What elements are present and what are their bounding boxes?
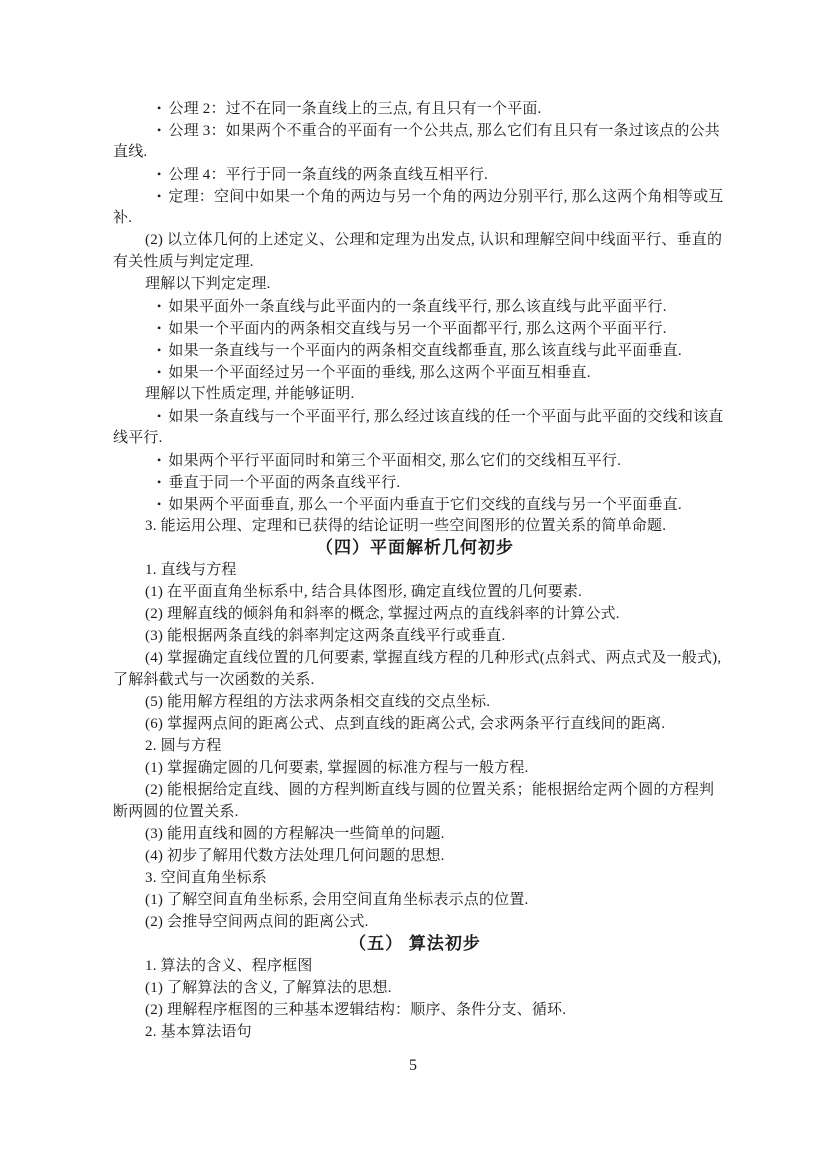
paragraph-line: (1) 在平面直角坐标系中, 结合具体图形, 确定直线位置的几何要素.	[113, 581, 717, 603]
bullet-text: 公理 4：平行于同一条直线的两条直线互相平行.	[168, 167, 488, 183]
paragraph-line: (2) 能根据给定直线、圆的方程判断直线与圆的位置关系；能根据给定两个圆的方程判	[113, 779, 717, 801]
paragraph-line: (1) 了解空间直角坐标系, 会用空间直角坐标表示点的位置.	[113, 889, 717, 911]
bullet-icon: •	[157, 295, 161, 317]
continuation-line: 线平行.	[113, 427, 717, 449]
bullet-icon: •	[157, 97, 161, 119]
continuation-line: 了解斜截式与一次函数的关系.	[113, 669, 717, 691]
bullet-icon: •	[157, 471, 161, 493]
bullet-icon: •	[157, 339, 161, 361]
paragraph-line: (4) 掌握确定直线位置的几何要素, 掌握直线方程的几种形式(点斜式、两点式及一…	[113, 647, 717, 669]
paragraph-line: (2) 会推导空间两点间的距离公式.	[113, 911, 717, 933]
bullet-text: 如果一个平面经过另一个平面的垂线, 那么这两个平面互相垂直.	[168, 365, 590, 381]
section-heading: （五） 算法初步	[113, 933, 717, 955]
continuation-line: 补.	[113, 207, 717, 229]
paragraph-line: (2) 理解程序框图的三种基本逻辑结构：顺序、条件分支、循环.	[113, 999, 717, 1021]
bullet-icon: •	[157, 405, 161, 427]
bullet-text: 如果一条直线与一个平面内的两条相交直线都垂直, 那么该直线与此平面垂直.	[168, 343, 681, 359]
paragraph-line: (3) 能用直线和圆的方程解决一些简单的问题.	[113, 823, 717, 845]
continuation-line: 断两圆的位置关系.	[113, 801, 717, 823]
bullet-icon: •	[157, 449, 161, 471]
paragraph-line: 3. 能运用公理、定理和已获得的结论证明一些空间图形的位置关系的简单命题.	[113, 515, 717, 537]
paragraph-line: (1) 掌握确定圆的几何要素, 掌握圆的标准方程与一般方程.	[113, 757, 717, 779]
bullet-text: 如果两个平行平面同时和第三个平面相交, 那么它们的交线相互平行.	[168, 453, 621, 469]
bullet-text: 公理 2：过不在同一条直线上的三点, 有且只有一个平面.	[168, 101, 541, 117]
section-heading: （四）平面解析几何初步	[113, 537, 717, 559]
document-body: •公理 2：过不在同一条直线上的三点, 有且只有一个平面.•公理 3：如果两个不…	[113, 97, 717, 1043]
paragraph-line: 2. 基本算法语句	[113, 1021, 717, 1043]
document-page: •公理 2：过不在同一条直线上的三点, 有且只有一个平面.•公理 3：如果两个不…	[0, 0, 826, 1169]
page-number: 5	[0, 1057, 826, 1075]
paragraph-line: (3) 能根据两条直线的斜率判定这两条直线平行或垂直.	[113, 625, 717, 647]
bullet-icon: •	[157, 361, 161, 383]
continuation-line: 直线.	[113, 141, 717, 163]
bullet-text: 垂直于同一个平面的两条直线平行.	[168, 475, 400, 491]
paragraph-line: (5) 能用解方程组的方法求两条相交直线的交点坐标.	[113, 691, 717, 713]
continuation-line: 有关性质与判定定理.	[113, 251, 717, 273]
bullet-icon: •	[157, 493, 161, 515]
bullet-item: •公理 3：如果两个不重合的平面有一个公共点, 那么它们有且只有一条过该点的公共	[113, 119, 717, 141]
bullet-text: 如果两个平面垂直, 那么一个平面内垂直于它们交线的直线与另一个平面垂直.	[168, 497, 681, 513]
bullet-icon: •	[157, 185, 161, 207]
bullet-text: 定理：空间中如果一个角的两边与另一个角的两边分别平行, 那么这两个角相等或互	[168, 189, 723, 205]
bullet-icon: •	[157, 317, 161, 339]
paragraph-line: 2. 圆与方程	[113, 735, 717, 757]
paragraph-line: (6) 掌握两点间的距离公式、点到直线的距离公式, 会求两条平行直线间的距离.	[113, 713, 717, 735]
bullet-item: •公理 2：过不在同一条直线上的三点, 有且只有一个平面.	[113, 97, 717, 119]
bullet-text: 公理 3：如果两个不重合的平面有一个公共点, 那么它们有且只有一条过该点的公共	[168, 123, 720, 139]
bullet-item: •垂直于同一个平面的两条直线平行.	[113, 471, 717, 493]
paragraph-line: (2) 以立体几何的上述定义、公理和定理为出发点, 认识和理解空间中线面平行、垂…	[113, 229, 717, 251]
paragraph-line: 3. 空间直角坐标系	[113, 867, 717, 889]
paragraph-line: (2) 理解直线的倾斜角和斜率的概念, 掌握过两点的直线斜率的计算公式.	[113, 603, 717, 625]
bullet-item: •如果一条直线与一个平面平行, 那么经过该直线的任一个平面与此平面的交线和该直	[113, 405, 717, 427]
bullet-item: •如果一个平面内的两条相交直线与另一个平面都平行, 那么这两个平面平行.	[113, 317, 717, 339]
bullet-item: •如果两个平面垂直, 那么一个平面内垂直于它们交线的直线与另一个平面垂直.	[113, 493, 717, 515]
paragraph-line: 1. 直线与方程	[113, 559, 717, 581]
bullet-item: •如果一条直线与一个平面内的两条相交直线都垂直, 那么该直线与此平面垂直.	[113, 339, 717, 361]
paragraph-line: 理解以下性质定理, 并能够证明.	[113, 383, 717, 405]
paragraph-line: 1. 算法的含义、程序框图	[113, 955, 717, 977]
bullet-text: 如果平面外一条直线与此平面内的一条直线平行, 那么该直线与此平面平行.	[168, 299, 666, 315]
bullet-text: 如果一条直线与一个平面平行, 那么经过该直线的任一个平面与此平面的交线和该直	[168, 409, 723, 425]
bullet-item: •定理：空间中如果一个角的两边与另一个角的两边分别平行, 那么这两个角相等或互	[113, 185, 717, 207]
paragraph-line: (1) 了解算法的含义, 了解算法的思想.	[113, 977, 717, 999]
bullet-icon: •	[157, 119, 161, 141]
bullet-item: •如果两个平行平面同时和第三个平面相交, 那么它们的交线相互平行.	[113, 449, 717, 471]
paragraph-line: 理解以下判定定理.	[113, 273, 717, 295]
bullet-icon: •	[157, 163, 161, 185]
bullet-text: 如果一个平面内的两条相交直线与另一个平面都平行, 那么这两个平面平行.	[168, 321, 666, 337]
bullet-item: •如果一个平面经过另一个平面的垂线, 那么这两个平面互相垂直.	[113, 361, 717, 383]
paragraph-line: (4) 初步了解用代数方法处理几何问题的思想.	[113, 845, 717, 867]
bullet-item: •公理 4：平行于同一条直线的两条直线互相平行.	[113, 163, 717, 185]
bullet-item: •如果平面外一条直线与此平面内的一条直线平行, 那么该直线与此平面平行.	[113, 295, 717, 317]
